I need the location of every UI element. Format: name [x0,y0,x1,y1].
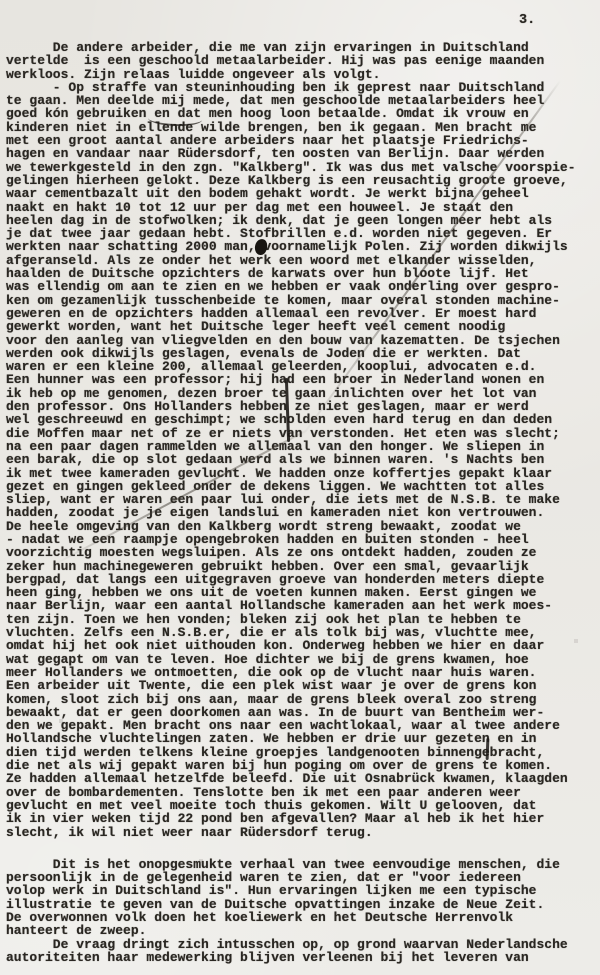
paragraph-commentary: Dit is het onopgesmukte verhaal van twee… [6,858,598,938]
paragraph-intro: De andere arbeider, die me van zijn erva… [6,41,598,81]
scanned-document-page: 3. De andere arbeider, die me van zijn e… [0,0,600,975]
paragraph-testimony: - Op straffe van steuninhouding ben ik g… [6,81,598,839]
paragraph-closing: De vraag dringt zich intusschen op, op g… [6,938,598,965]
paper-speckles [0,0,2,2]
page-number: 3. [519,13,535,28]
document-body: De andere arbeider, die me van zijn erva… [6,41,598,964]
